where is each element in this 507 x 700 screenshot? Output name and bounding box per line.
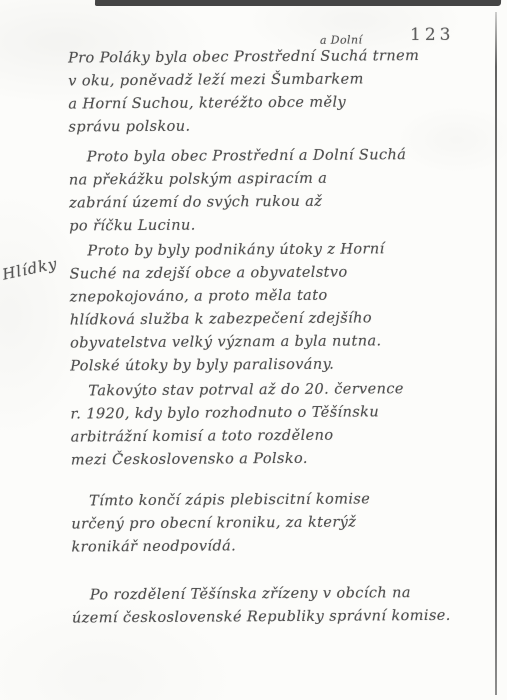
handwritten-line: správu polskou. — [68, 114, 486, 140]
page-edge-line — [495, 12, 497, 695]
handwritten-line: mezi Československo a Polsko. — [71, 447, 489, 473]
handwritten-line: Proto by byly podnikány útoky z Horní — [69, 238, 487, 264]
handwritten-line: Takovýto stav potrval až do 20. července — [70, 378, 488, 404]
handwritten-line: Polské útoky by byly paralisovány. — [70, 353, 488, 379]
handwritten-line: hlídková služba k zabezpečení zdejšího — [70, 307, 488, 333]
interline-insertion: a Dolní — [320, 34, 362, 45]
handwritten-line: Tímto končí zápis plebiscitní komise — [71, 488, 489, 514]
handwritten-line: Po rozdělení Těšínska zřízeny v obcích n… — [72, 582, 490, 608]
handwritten-line: území československé Republiky správní k… — [72, 605, 490, 631]
handwritten-text-block: a Dolní Pro Poláky byla obec Prostřední … — [68, 45, 490, 631]
handwritten-line: určený pro obecní kroniku, za kterýž — [71, 511, 489, 537]
handwritten-line: na překážku polským aspiracím a — [69, 167, 487, 193]
handwritten-line: Pro Poláky byla obec Prostřední Suchá tr… — [68, 45, 486, 71]
paragraph-administrative-commissions: Po rozdělení Těšínska zřízeny v obcích n… — [72, 582, 490, 631]
handwritten-line: zabrání území do svých rukou až — [69, 190, 487, 216]
handwritten-line: kronikář neodpovídá. — [71, 534, 489, 560]
handwritten-line: znepokojováno, a proto měla tato — [70, 284, 488, 310]
handwritten-line: r. 1920, kdy bylo rozhodnuto o Těšínsku — [70, 401, 488, 427]
handwritten-line: Suché na zdejší obce a obyvatelstvo — [69, 261, 487, 287]
paragraph-obstacle: Proto byla obec Prostřední a Dolní Suchá… — [69, 144, 488, 239]
handwritten-line: Proto byla obec Prostřední a Dolní Suchá — [69, 144, 487, 170]
handwritten-line: arbitrážní komisí a toto rozděleno — [71, 424, 489, 450]
scan-edge-artifact — [95, 0, 501, 6]
handwritten-line: obyvatelstva velký význam a byla nutna. — [70, 330, 488, 356]
paragraph-patrol-duty: Proto by byly podnikány útoky z HorníSuc… — [69, 238, 488, 379]
margin-note: Hlídky — [1, 254, 59, 283]
paragraph-chronicler-note: Tímto končí zápis plebiscitní komiseurče… — [71, 488, 489, 560]
paragraph-arbitration-1920: Takovýto stav potrval až do 20. července… — [70, 378, 489, 473]
handwritten-line: v oku, poněvadž leží mezi Šumbarkem — [68, 68, 486, 94]
scanned-chronicle-page: 123 Hlídky a Dolní Pro Poláky byla obec … — [0, 0, 507, 700]
handwritten-line: po říčku Lucinu. — [69, 213, 487, 239]
page-number: 123 — [410, 25, 454, 45]
paragraph-intro: a Dolní Pro Poláky byla obec Prostřední … — [68, 45, 487, 140]
handwritten-line: a Horní Suchou, kteréžto obce měly — [68, 91, 486, 117]
